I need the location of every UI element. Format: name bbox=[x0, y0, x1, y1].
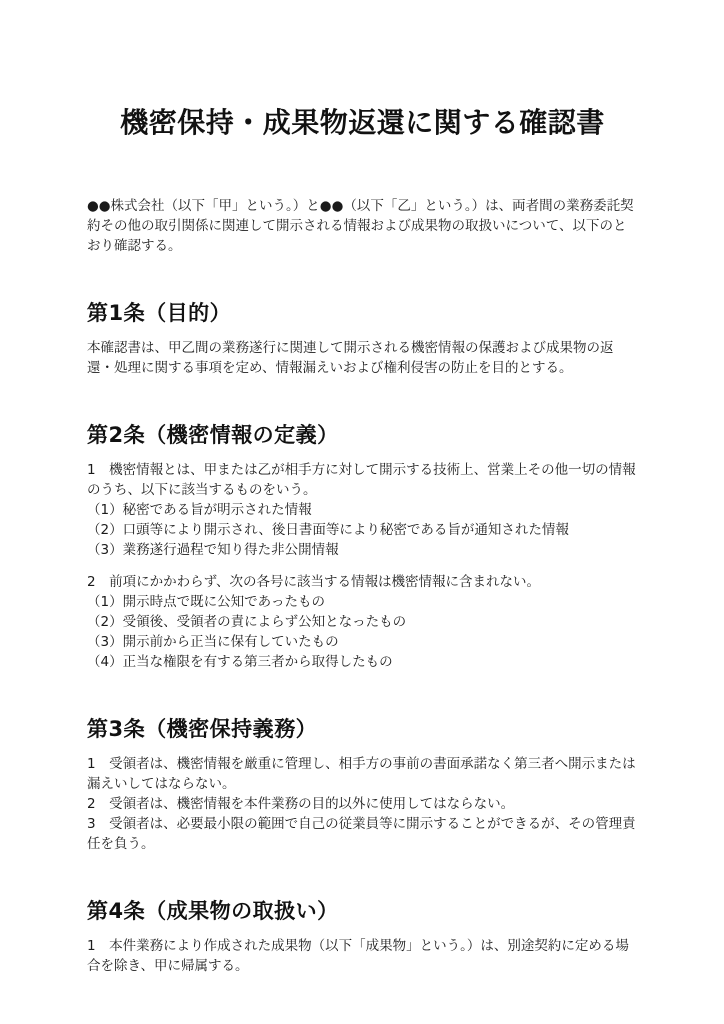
article-2-block-1: 1 機密情報とは、甲または乙が相手方に対して開示する技術上、営業上その他一切の情… bbox=[87, 460, 638, 560]
intro-paragraph: ●●株式会社（以下「甲」という。）と●●（以下「乙」という。）は、両者間の業務委… bbox=[87, 196, 638, 256]
clause-line: 1 機密情報とは、甲または乙が相手方に対して開示する技術上、営業上その他一切の情… bbox=[87, 460, 638, 500]
clause-list-item: （1）開示時点で既に公知であったもの bbox=[87, 592, 638, 612]
article-2: 第2条（機密情報の定義） 1 機密情報とは、甲または乙が相手方に対して開示する技… bbox=[87, 420, 638, 672]
clause-line: 3 受領者は、必要最小限の範囲で自己の従業員等に開示することができるが、その管理… bbox=[87, 814, 638, 854]
article-4-block-1: 1 本件業務により作成された成果物（以下「成果物」という。）は、別途契約に定める… bbox=[87, 936, 638, 976]
article-2-block-2: 2 前項にかかわらず、次の各号に該当する情報は機密情報に含まれない。 （1）開示… bbox=[87, 572, 638, 672]
clause-line: 1 受領者は、機密情報を厳重に管理し、相手方の事前の書面承諾なく第三者へ開示また… bbox=[87, 754, 638, 794]
document-page: 機密保持・成果物返還に関する確認書 ●●株式会社（以下「甲」という。）と●●（以… bbox=[0, 0, 724, 1024]
clause-list-item: （4）正当な権限を有する第三者から取得したもの bbox=[87, 652, 638, 672]
clause-list-item: （2）口頭等により開示され、後日書面等により秘密である旨が通知された情報 bbox=[87, 520, 638, 540]
article-3-heading: 第3条（機密保持義務） bbox=[87, 714, 638, 744]
document-title: 機密保持・成果物返還に関する確認書 bbox=[87, 100, 638, 146]
clause-list-item: （3）開示前から正当に保有していたもの bbox=[87, 632, 638, 652]
article-4-heading: 第4条（成果物の取扱い） bbox=[87, 896, 638, 926]
article-1-heading: 第1条（目的） bbox=[87, 298, 638, 328]
clause-list-item: （3）業務遂行過程で知り得た非公開情報 bbox=[87, 540, 638, 560]
article-1-block-1: 本確認書は、甲乙間の業務遂行に関連して開示される機密情報の保護および成果物の返還… bbox=[87, 338, 638, 378]
clause-list-item: （2）受領後、受領者の責によらず公知となったもの bbox=[87, 612, 638, 632]
clause-line: 2 受領者は、機密情報を本件業務の目的以外に使用してはならない。 bbox=[87, 794, 638, 814]
article-3: 第3条（機密保持義務） 1 受領者は、機密情報を厳重に管理し、相手方の事前の書面… bbox=[87, 714, 638, 854]
article-4: 第4条（成果物の取扱い） 1 本件業務により作成された成果物（以下「成果物」とい… bbox=[87, 896, 638, 976]
clause-list-item: （1）秘密である旨が明示された情報 bbox=[87, 500, 638, 520]
clause-line: 2 前項にかかわらず、次の各号に該当する情報は機密情報に含まれない。 bbox=[87, 572, 638, 592]
article-2-heading: 第2条（機密情報の定義） bbox=[87, 420, 638, 450]
clause-line: 本確認書は、甲乙間の業務遂行に関連して開示される機密情報の保護および成果物の返還… bbox=[87, 338, 638, 378]
article-3-block-1: 1 受領者は、機密情報を厳重に管理し、相手方の事前の書面承諾なく第三者へ開示また… bbox=[87, 754, 638, 854]
clause-line: 1 本件業務により作成された成果物（以下「成果物」という。）は、別途契約に定める… bbox=[87, 936, 638, 976]
article-1: 第1条（目的） 本確認書は、甲乙間の業務遂行に関連して開示される機密情報の保護お… bbox=[87, 298, 638, 378]
